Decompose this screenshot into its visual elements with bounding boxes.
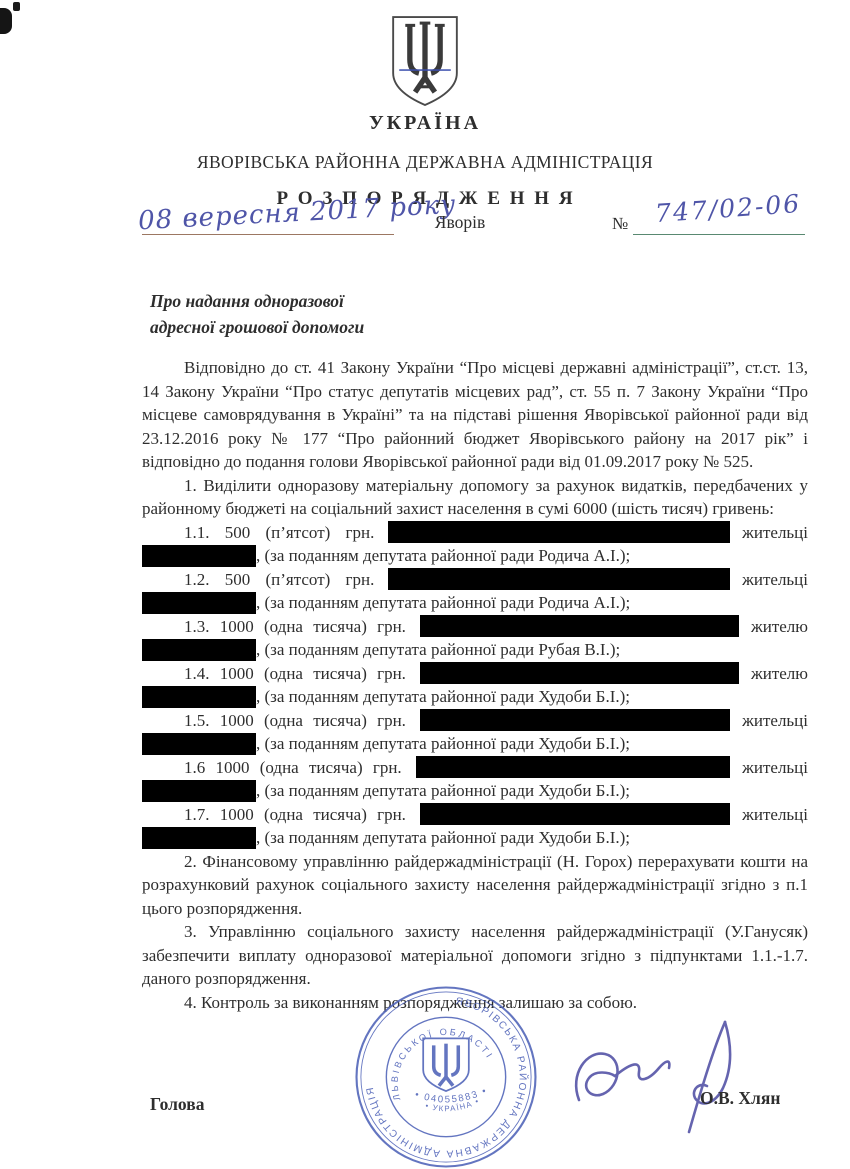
allocation-item: 1.6 1000 (одна тисяча) грн. жительці , (… <box>142 756 808 803</box>
city-name: Яворів <box>380 212 540 233</box>
item-tail: , (за поданням депутата районної ради Ро… <box>256 544 630 568</box>
number-sign: № <box>612 214 628 234</box>
document-body: Відповідно до ст. 41 Закону України “Про… <box>142 356 808 1014</box>
item-tail: , (за поданням депутата районної ради Ху… <box>256 826 630 850</box>
item-number-amount: 1.7. 1000 (одна тисяча) грн. <box>184 803 406 827</box>
redaction-bar <box>420 803 730 825</box>
coat-of-arms-icon <box>386 14 464 108</box>
item-number-amount: 1.5. 1000 (одна тисяча) грн. <box>184 709 406 733</box>
redaction-bar <box>142 639 256 661</box>
redaction-bar <box>420 709 730 731</box>
item-number-amount: 1.1. 500 (п’ятсот) грн. <box>184 521 374 545</box>
allocation-item: 1.2. 500 (п’ятсот) грн. жительці , (за п… <box>142 568 808 615</box>
redaction-bar <box>142 733 256 755</box>
item-number-amount: 1.4. 1000 (одна тисяча) грн. <box>184 662 406 686</box>
document-header: УКРАЇНА ЯВОРІВСЬКА РАЙОННА ДЕРЖАВНА АДМІ… <box>0 14 850 210</box>
item-tail: , (за поданням депутата районної ради Ру… <box>256 638 620 662</box>
redaction-bar <box>420 662 739 684</box>
item-recipient: жителю <box>751 662 808 686</box>
scan-artifact <box>13 2 20 11</box>
document-subject: Про надання одноразової адресної грошово… <box>150 288 364 340</box>
item-recipient: жителю <box>751 615 808 639</box>
subject-line-1: Про надання одноразової <box>150 288 364 314</box>
allocation-item: 1.7. 1000 (одна тисяча) грн. жительці , … <box>142 803 808 850</box>
allocation-item: 1.5. 1000 (одна тисяча) грн. жительці , … <box>142 709 808 756</box>
item-tail: , (за поданням депутата районної ради Ху… <box>256 779 630 803</box>
redaction-bar <box>388 568 730 590</box>
redaction-bar <box>142 545 256 567</box>
item-recipient: жительці <box>742 709 808 733</box>
official-stamp: ЯВОРІВСЬКА РАЙОННА ДЕРЖАВНА АДМІНІСТРАЦІ… <box>330 984 562 1169</box>
handwritten-number: 747/02-06 <box>654 189 802 228</box>
item-number-amount: 1.6 1000 (одна тисяча) грн. <box>184 756 402 780</box>
intro-paragraph: Відповідно до ст. 41 Закону України “Про… <box>142 356 808 474</box>
stamp-trident-icon <box>423 1038 469 1091</box>
item-number-amount: 1.2. 500 (п’ятсот) грн. <box>184 568 374 592</box>
authority-name: ЯВОРІВСЬКА РАЙОННА ДЕРЖАВНА АДМІНІСТРАЦІ… <box>0 152 850 173</box>
signer-name: О.В. Хлян <box>700 1088 780 1109</box>
redaction-bar <box>420 615 739 637</box>
allocation-item: 1.4. 1000 (одна тисяча) грн. жителю , (з… <box>142 662 808 709</box>
redaction-bar <box>142 686 256 708</box>
redaction-bar <box>142 780 256 802</box>
point-2: 2. Фінансовому управлінню райдержадмініс… <box>142 850 808 921</box>
signature <box>565 1016 775 1151</box>
item-number-amount: 1.3. 1000 (одна тисяча) грн. <box>184 615 406 639</box>
point-1: 1. Виділити одноразову матеріальну допом… <box>142 474 808 521</box>
item-recipient: жительці <box>742 521 808 545</box>
item-tail: , (за поданням депутата районної ради Ху… <box>256 685 630 709</box>
point-3: 3. Управлінню соціального захисту населе… <box>142 920 808 991</box>
item-recipient: жительці <box>742 568 808 592</box>
date-underline <box>142 234 394 235</box>
item-tail: , (за поданням депутата районної ради Ху… <box>256 732 630 756</box>
allocation-item: 1.3. 1000 (одна тисяча) грн. жителю , (з… <box>142 615 808 662</box>
redaction-bar <box>416 756 730 778</box>
date-number-line: 08 вересня 2017 року Яворів № 747/02-06 <box>0 192 850 248</box>
redaction-bar <box>142 827 256 849</box>
item-tail: , (за поданням депутата районної ради Ро… <box>256 591 630 615</box>
number-underline <box>633 234 805 235</box>
country-name: УКРАЇНА <box>0 112 850 135</box>
redaction-bar <box>388 521 730 543</box>
allocation-item: 1.1. 500 (п’ятсот) грн. жительці , (за п… <box>142 521 808 568</box>
subject-line-2: адресної грошової допомоги <box>150 314 364 340</box>
redaction-bar <box>142 592 256 614</box>
document-page: УКРАЇНА ЯВОРІВСЬКА РАЙОННА ДЕРЖАВНА АДМІ… <box>0 0 850 1169</box>
item-recipient: жительці <box>742 803 808 827</box>
item-recipient: жительці <box>742 756 808 780</box>
signer-title: Голова <box>150 1094 204 1115</box>
